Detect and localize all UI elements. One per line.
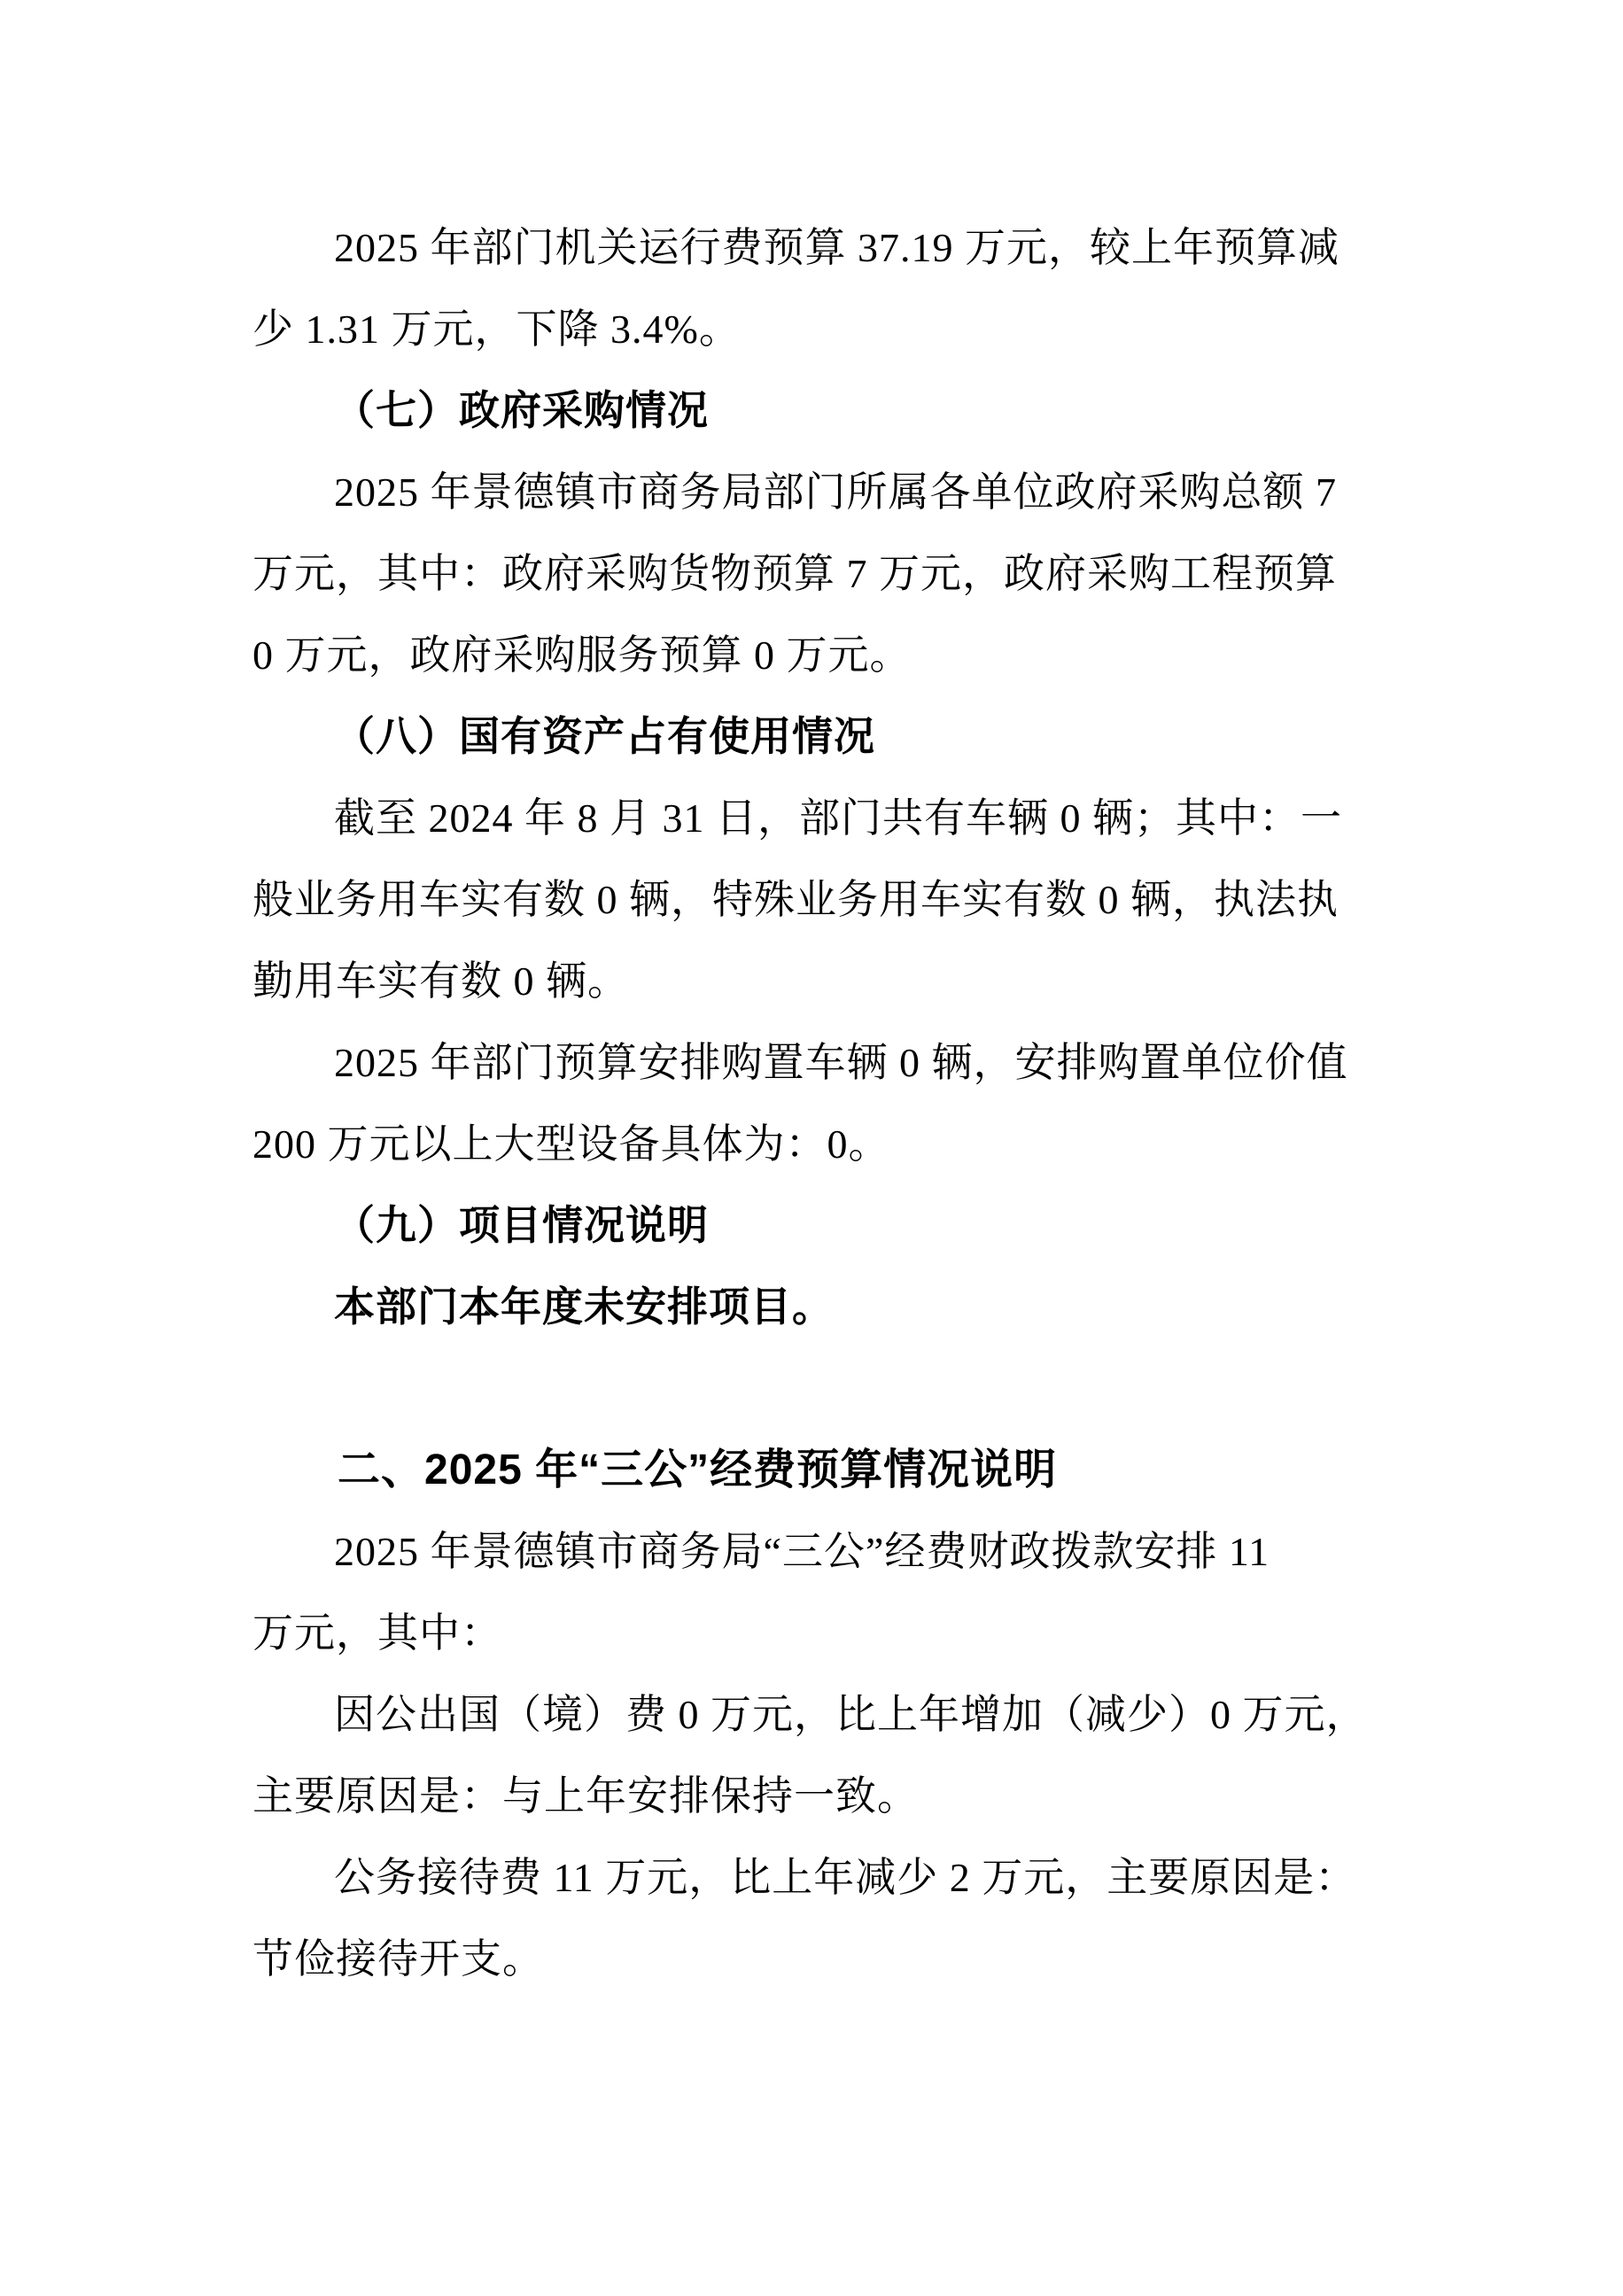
paragraph: 公务接待费 11 万元，比上年减少 2 万元，主要原因是：节俭接待开支。 (252, 1837, 1404, 2000)
document-content: 2025 年部门机关运行费预算 37.19 万元，较上年预算减少 1.31 万元… (252, 207, 1404, 2000)
paragraph-bold: 本部门本年度未安排项目。 (252, 1267, 1404, 1348)
paragraph: 2025 年景德镇市商务局部门所属各单位政府采购总额 7万元，其中：政府采购货物… (252, 452, 1404, 696)
section-heading: （九）项目情况说明 (252, 1185, 1404, 1267)
paragraph: 2025 年景德镇市商务局“三公”经费财政拨款安排 11万元，其中： (252, 1511, 1404, 1674)
chapter-heading: 二、2025 年“三公”经费预算情况说明 (252, 1430, 1404, 1511)
blank-line (252, 1348, 1404, 1430)
section-heading: （八）国有资产占有使用情况 (252, 696, 1404, 778)
section-heading: （七）政府采购情况 (252, 370, 1404, 452)
paragraph: 2025 年部门预算安排购置车辆 0 辆，安排购置单位价值200 万元以上大型设… (252, 1022, 1404, 1185)
document-page: 2025 年部门机关运行费预算 37.19 万元，较上年预算减少 1.31 万元… (0, 0, 1623, 2296)
paragraph: 2025 年部门机关运行费预算 37.19 万元，较上年预算减少 1.31 万元… (252, 207, 1404, 370)
paragraph: 截至 2024 年 8 月 31 日，部门共有车辆 0 辆；其中：一般业务用车实… (252, 778, 1404, 1022)
paragraph: 因公出国（境）费 0 万元，比上年增加（减少）0 万元，主要原因是：与上年安排保… (252, 1674, 1404, 1837)
